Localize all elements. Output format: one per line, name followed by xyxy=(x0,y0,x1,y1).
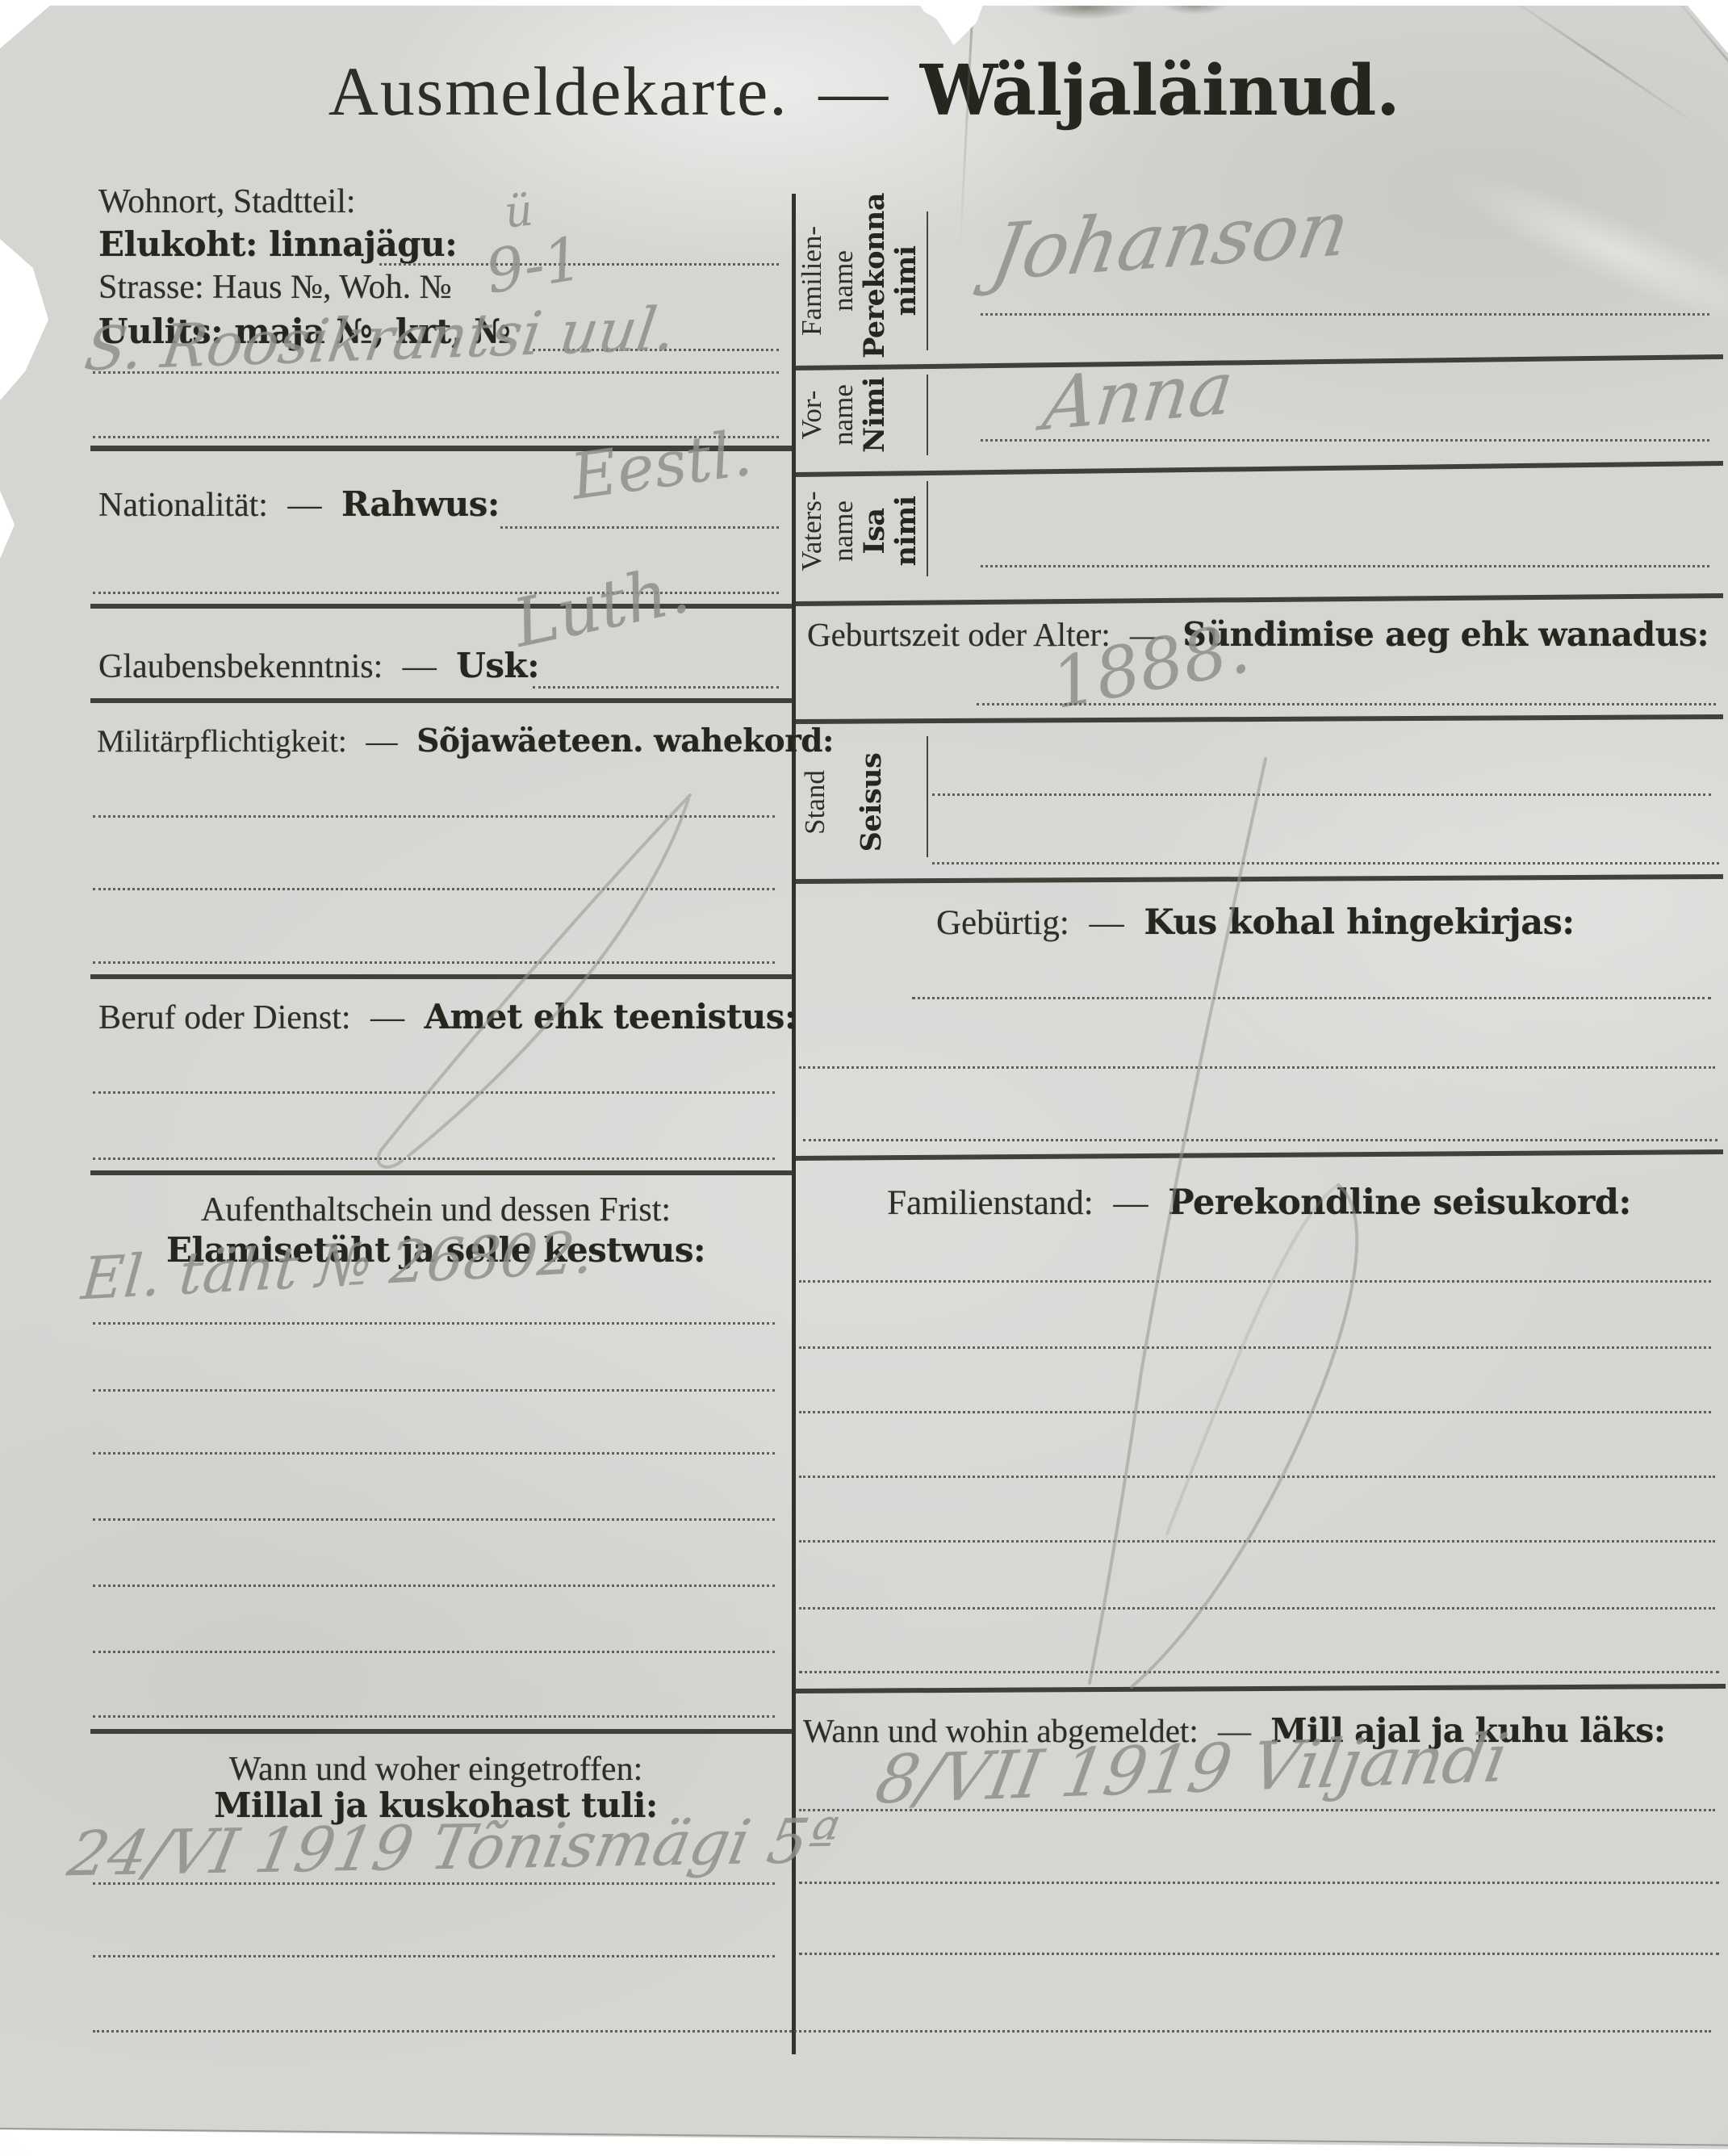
occupation-et: Amet ehk teenistus: xyxy=(425,997,797,1036)
label-separator xyxy=(927,736,928,857)
status-label-et: Seisus xyxy=(856,731,922,874)
rule xyxy=(795,461,1723,477)
dotted-line xyxy=(799,1671,1719,1673)
field-registered-label: Gebürtig: — Kus kohal hingekirjas: xyxy=(936,902,1575,943)
dotted-line xyxy=(981,313,1709,316)
dotted-line xyxy=(799,1882,1719,1884)
rule xyxy=(795,874,1723,884)
rule xyxy=(795,354,1723,370)
label-line: nimi xyxy=(890,203,922,358)
military-et: Sõjawäeteen. wahekord: xyxy=(416,722,834,760)
dotted-line xyxy=(93,1585,775,1587)
label-line: Vor- xyxy=(796,368,827,462)
dotted-line xyxy=(981,565,1709,567)
dotted-line xyxy=(93,961,775,964)
field-military-label: Militärpflichtigkeit: — Sõjawäeteen. wah… xyxy=(97,722,834,760)
dotted-line xyxy=(93,1882,775,1885)
dotted-line xyxy=(93,1518,775,1521)
torn-notch-left xyxy=(0,239,48,400)
dotted-line xyxy=(912,997,1711,999)
field-occupation-label: Beruf oder Dienst: — Amet ehk teenistus: xyxy=(98,997,797,1037)
dotted-line xyxy=(93,888,775,890)
label-line: nimi xyxy=(890,475,922,588)
religion-de: Glaubensbekenntnis: xyxy=(98,648,383,685)
dotted-line xyxy=(93,1158,775,1160)
rule xyxy=(795,593,1723,606)
birth-et: Sündimise aeg ehk wanadus: xyxy=(1182,615,1709,654)
dotted-line xyxy=(93,1091,775,1094)
rule xyxy=(90,974,793,979)
dotted-line xyxy=(932,862,1719,864)
title-dash: — xyxy=(818,51,889,132)
dash: — xyxy=(1090,903,1124,943)
rule xyxy=(795,1684,1726,1693)
family-name-label-de: Familien- name xyxy=(796,203,859,358)
label-separator xyxy=(927,481,928,576)
dash: — xyxy=(287,486,321,525)
rule xyxy=(90,698,793,703)
first-name-label-de: Vor- name xyxy=(796,368,859,462)
dotted-line xyxy=(533,686,779,689)
dash: — xyxy=(366,723,398,760)
dotted-line xyxy=(93,1715,775,1718)
page-title: Ausmeldekarte. — Wäljaläinud. xyxy=(0,50,1728,132)
rule xyxy=(90,1729,793,1734)
dotted-line xyxy=(93,2030,1711,2033)
dotted-line xyxy=(799,1280,1711,1283)
dotted-line xyxy=(799,1607,1715,1610)
label-line: name xyxy=(827,203,859,358)
father-name-label-et: Isa nimi xyxy=(859,475,923,588)
dotted-line xyxy=(93,1452,775,1455)
dotted-line xyxy=(93,815,775,818)
torn-corner-top-left xyxy=(0,0,56,48)
rule xyxy=(90,1170,793,1175)
field-nationality-label: Nationalität: — Rahwus: xyxy=(98,484,500,525)
handwriting-family-name: Johanson xyxy=(985,183,1356,298)
label-line: Vaters- xyxy=(796,475,827,588)
dotted-line xyxy=(977,703,1716,705)
label-line: Familien- xyxy=(796,203,827,358)
label-wohnort-de: Wohnort, Stadtteil: xyxy=(98,182,356,221)
title-german: Ausmeldekarte. xyxy=(328,52,789,130)
dotted-line xyxy=(799,1953,1719,1955)
dotted-line xyxy=(932,793,1711,796)
dotted-line xyxy=(93,1389,775,1392)
dotted-line xyxy=(93,371,779,374)
status-label-de: Stand xyxy=(799,731,856,874)
dotted-line xyxy=(93,1955,775,1957)
torn-edge-top xyxy=(0,0,1728,6)
label-line: Perekonna xyxy=(859,203,890,358)
dotted-line xyxy=(799,1540,1715,1543)
torn-corner-top-right xyxy=(1683,0,1728,53)
registered-de: Gebürtig: xyxy=(936,904,1069,942)
dash: — xyxy=(1114,1183,1149,1223)
rule xyxy=(795,714,1723,724)
dotted-line xyxy=(93,1322,775,1325)
rule xyxy=(795,1149,1723,1161)
dotted-line xyxy=(93,1651,775,1653)
family-name-label-et: Perekonna nimi xyxy=(859,203,923,358)
residence-permit-de: Aufenthaltschein und dessen Frist: xyxy=(93,1191,779,1229)
label-line: Stand xyxy=(799,731,831,874)
torn-notch-left-small xyxy=(0,491,15,559)
father-name-label-de: Vaters- name xyxy=(796,475,859,588)
dotted-line xyxy=(799,1809,1715,1811)
handwriting-arrival: 24/VI 1919 Tõnismägi 5ª xyxy=(63,1804,844,1890)
military-de: Militärpflichtigkeit: xyxy=(97,724,347,759)
label-line: Seisus xyxy=(856,731,887,874)
dotted-line xyxy=(803,1139,1718,1141)
nationality-et: Rahwus: xyxy=(341,484,500,524)
religion-et: Usk: xyxy=(456,646,539,685)
family-status-et: Perekondline seisukord: xyxy=(1168,1183,1631,1223)
registration-card: Ausmeldekarte. — Wäljaläinud. Wohnort, S… xyxy=(0,0,1728,2156)
arrival-de: Wann und woher eingetroffen: xyxy=(93,1750,779,1789)
handwriting-nationality: Eestl. xyxy=(567,417,756,514)
title-estonian: Wäljaläinud. xyxy=(920,50,1400,132)
nationality-de: Nationalität: xyxy=(98,487,268,524)
dotted-line xyxy=(799,1411,1711,1413)
label-line: name xyxy=(827,475,859,588)
label-elukoht-et: Elukoht: linnajägu: xyxy=(98,224,457,264)
label-line: Nimi xyxy=(859,368,890,462)
dotted-line xyxy=(500,526,779,529)
handwriting-first-name: Anna xyxy=(1039,345,1238,448)
dotted-line xyxy=(799,1066,1715,1069)
label-separator xyxy=(927,375,928,455)
field-birth-label: Geburtszeit oder Alter: — Sündimise aeg … xyxy=(807,615,1709,654)
dash: — xyxy=(403,647,437,686)
dotted-line xyxy=(799,1346,1711,1349)
handwriting-house-number: 9-1 xyxy=(481,224,587,308)
first-name-label-et: Nimi xyxy=(859,368,923,462)
label-line: name xyxy=(827,368,859,462)
dotted-line xyxy=(799,1476,1715,1478)
field-family-status-label: Familienstand: — Perekondline seisukord: xyxy=(795,1183,1723,1223)
family-status-de: Familienstand: xyxy=(887,1184,1094,1222)
label-strasse-de: Strasse: Haus №, Woh. № xyxy=(98,268,452,307)
field-religion-label: Glaubensbekenntnis: — Usk: xyxy=(98,646,539,686)
pencil-mark-umlaut: ü xyxy=(502,184,535,237)
crease xyxy=(1423,144,1728,355)
dash: — xyxy=(370,998,404,1037)
registered-et: Kus kohal hingekirjas: xyxy=(1144,902,1574,943)
torn-notch-top xyxy=(916,0,985,45)
occupation-de: Beruf oder Dienst: xyxy=(98,999,351,1036)
label-separator xyxy=(927,211,928,350)
label-line: Isa xyxy=(859,475,890,588)
scanner-bed-bottom xyxy=(0,2099,1728,2156)
